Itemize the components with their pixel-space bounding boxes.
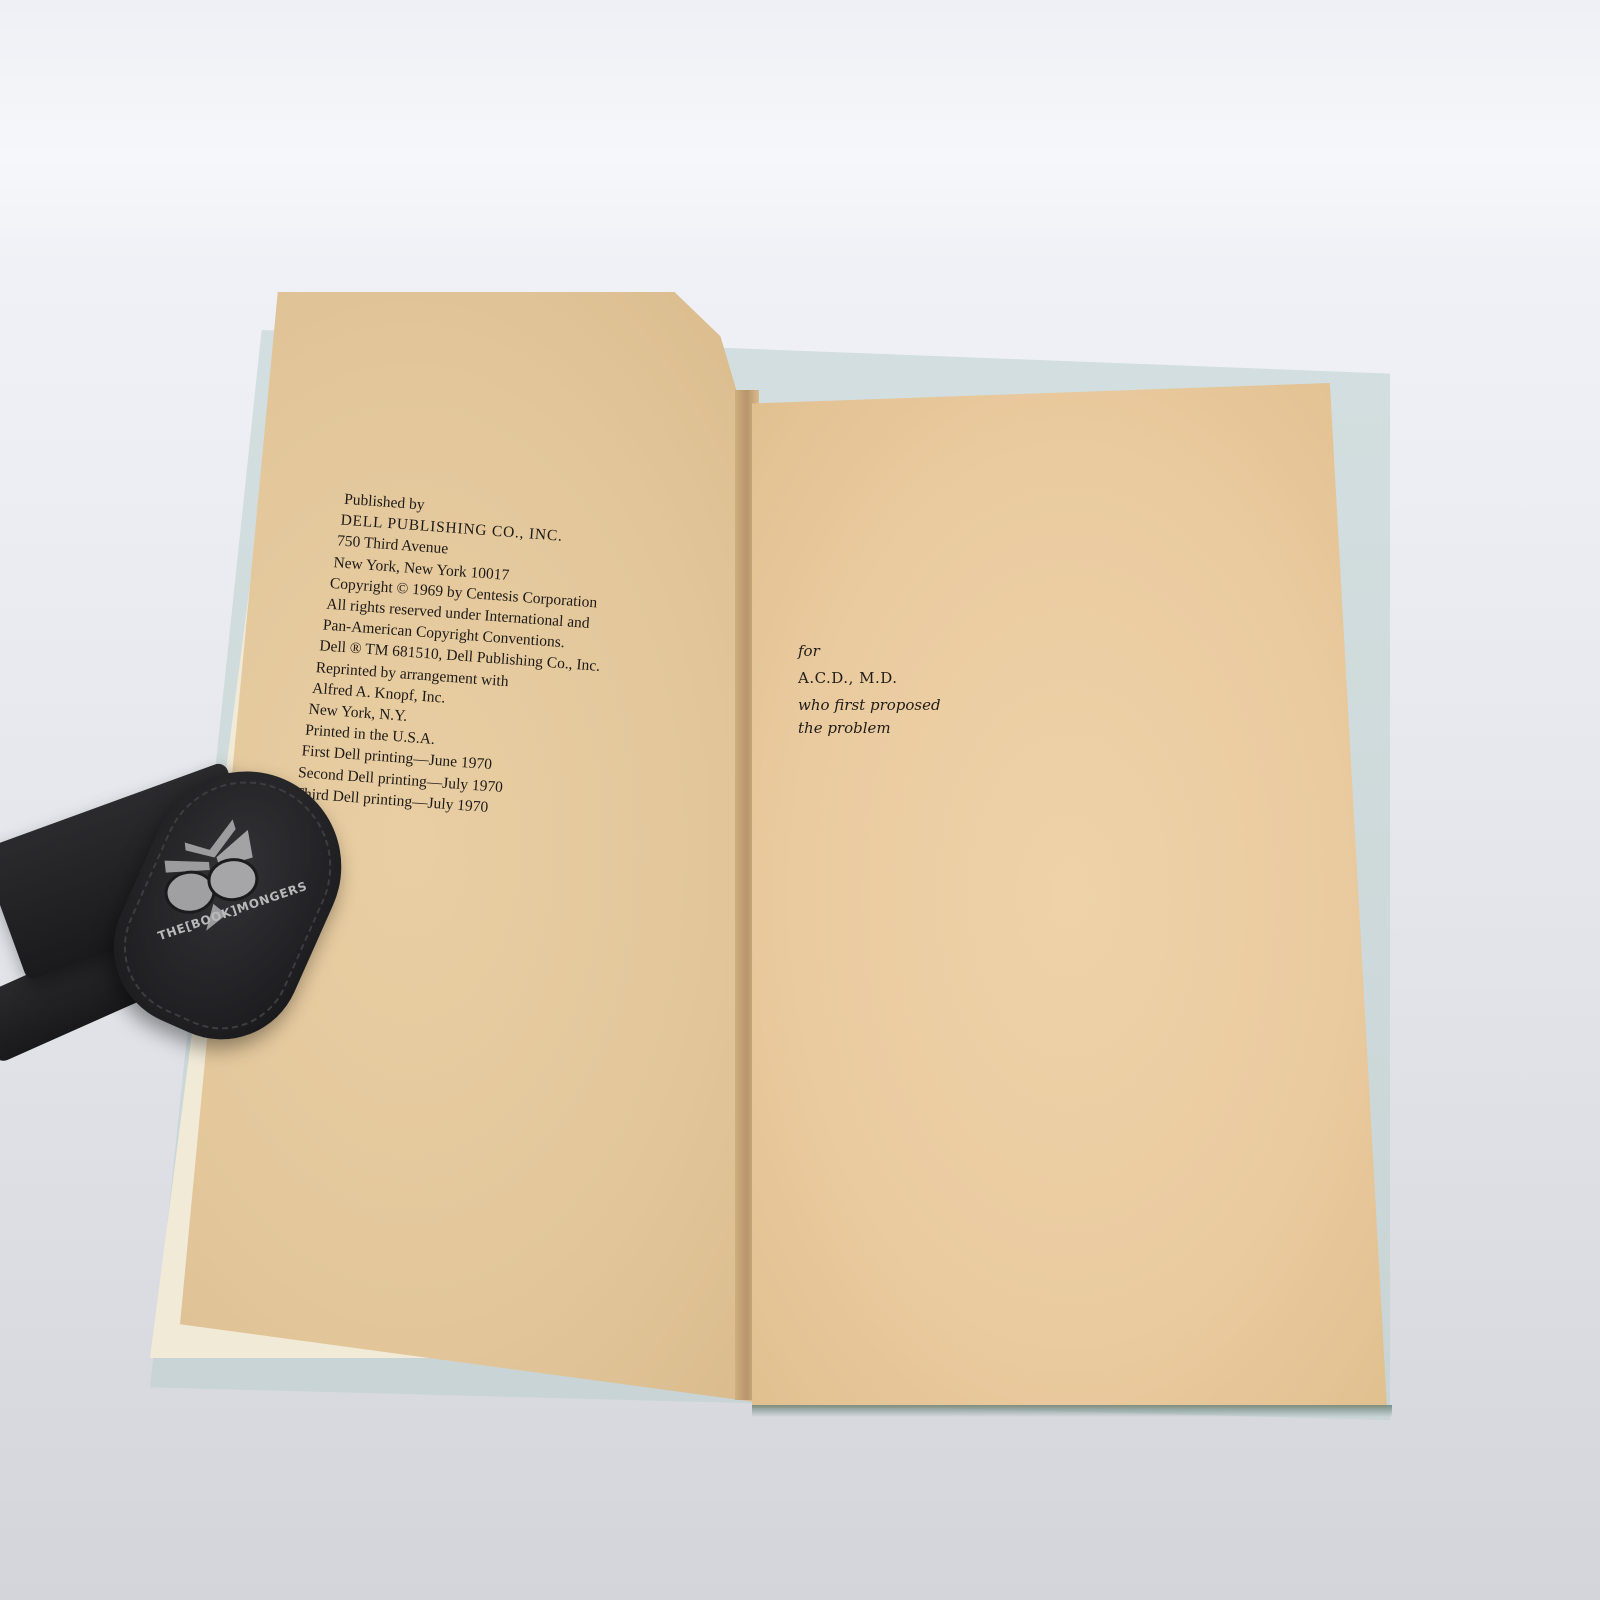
dedication-for: for bbox=[798, 638, 941, 665]
right-page bbox=[752, 383, 1387, 1408]
copyright-page-text: Published by DELL PUBLISHING CO., INC. 7… bbox=[312, 488, 694, 832]
page-bottom-shadow bbox=[752, 1405, 1392, 1417]
dedication: for A.C.D., M.D. who first proposed the … bbox=[798, 638, 941, 742]
dedication-line-2: the problem bbox=[798, 715, 941, 742]
dedication-name: A.C.D., M.D. bbox=[798, 665, 941, 692]
